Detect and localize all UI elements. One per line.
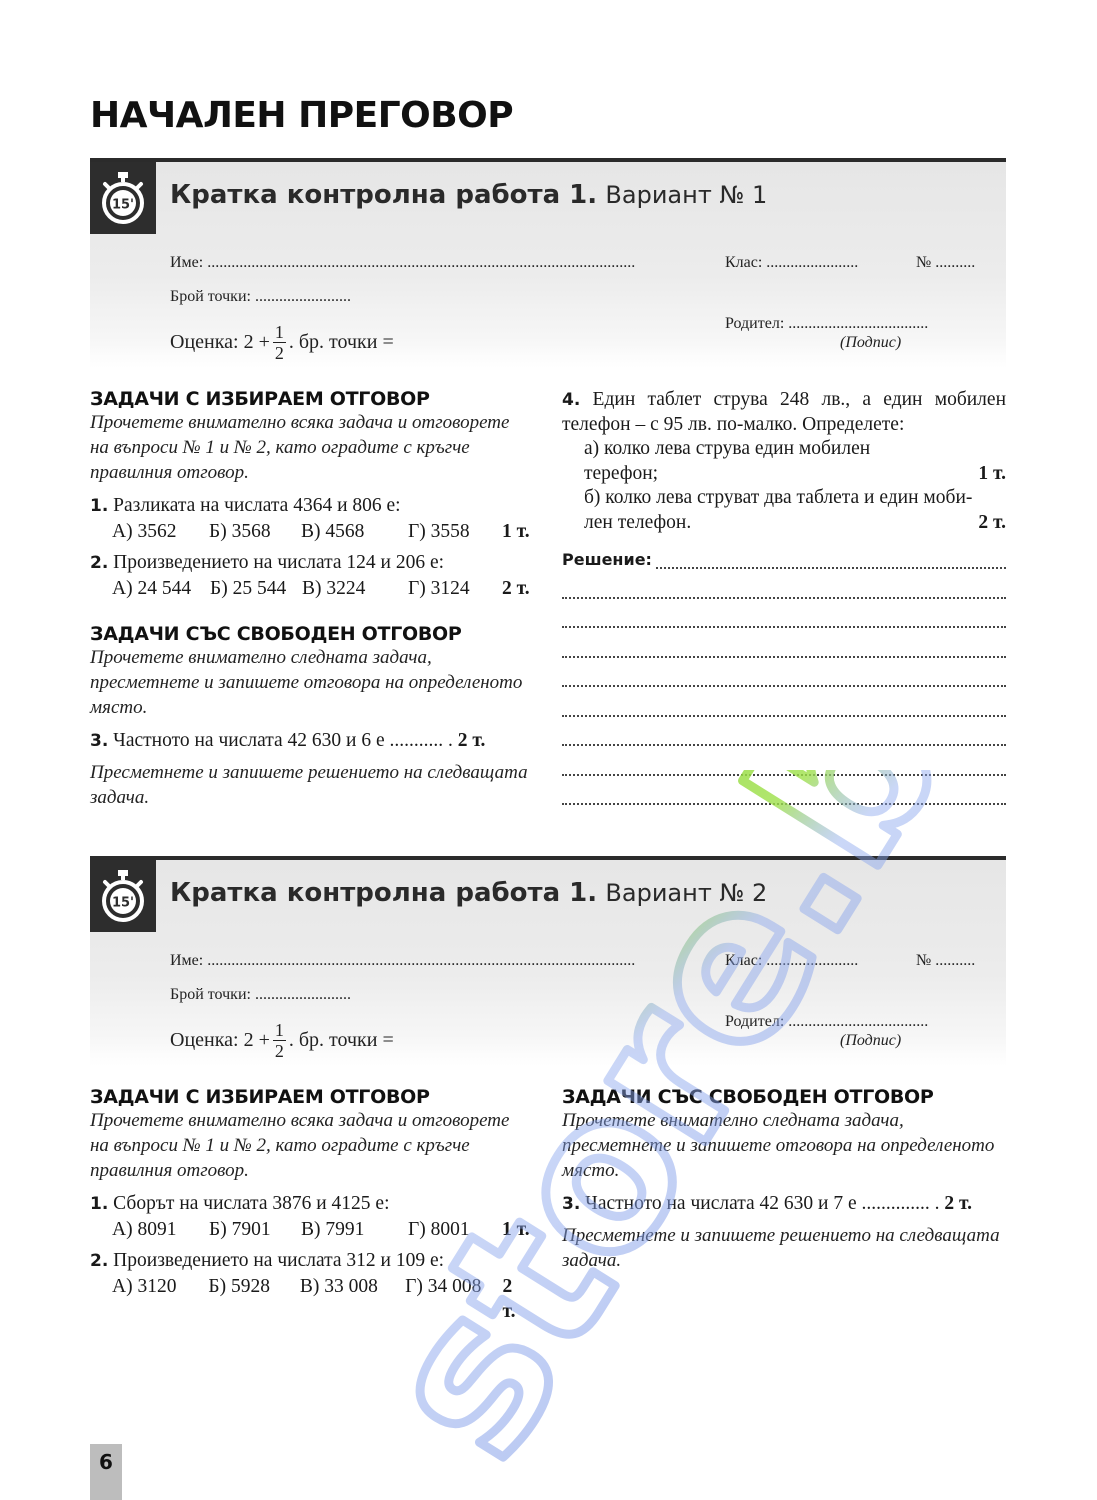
option-v[interactable]: В) 33 008 — [300, 1274, 405, 1324]
instructions: Прочетете внимателно всяка задача и отго… — [90, 410, 530, 485]
points-badge: 1 т. — [978, 462, 1006, 487]
task-2-options: А) 24 544 Б) 25 544 В) 3224 Г) 3124 2 т. — [90, 576, 530, 601]
section-title-free-answer: ЗАДАЧИ СЪС СВОБОДЕН ОТГОВОР — [562, 1086, 1006, 1108]
solution-line[interactable] — [562, 599, 1006, 629]
right-column: ЗАДАЧИ СЪС СВОБОДЕН ОТГОВОР Прочетете вн… — [562, 1086, 1006, 1273]
points-field[interactable]: Брой точки: ........................ — [170, 288, 351, 306]
points-badge: 2 т. — [503, 1274, 530, 1324]
option-g[interactable]: Г) 3558 — [408, 519, 502, 544]
task-4: 4. Един таблет струва 248 лв., а един мо… — [562, 388, 1006, 437]
name-field[interactable]: Име: ...................................… — [170, 952, 635, 970]
solution-line[interactable] — [562, 746, 1006, 776]
points-field[interactable]: Брой точки: ........................ — [170, 986, 351, 1004]
option-v[interactable]: В) 7991 — [301, 1217, 408, 1242]
task-4b-line1: б) колко лева струват два таблета и един… — [562, 486, 1006, 511]
test-title: Кратка контролна работа 1. Вариант № 1 — [170, 180, 767, 210]
option-g[interactable]: Г) 3124 — [408, 576, 502, 601]
variant-label: Вариант № 1 — [605, 181, 767, 209]
points-badge: 2 т. — [502, 576, 530, 601]
page-heading: НАЧАЛЕН ПРЕГОВОР — [90, 95, 513, 136]
svg-text:15': 15' — [112, 896, 134, 911]
solution-line[interactable] — [562, 658, 1006, 688]
stopwatch-icon: 15' — [90, 860, 156, 932]
class-field[interactable]: Клас: ....................... — [725, 952, 858, 970]
points-badge: 2 т. — [978, 511, 1006, 536]
fraction: 1 2 — [273, 322, 286, 363]
timer-label: 15' — [112, 198, 134, 213]
fraction: 1 2 — [273, 1020, 286, 1061]
points-badge: 1 т. — [502, 519, 530, 544]
solution-line[interactable]: Решение: — [562, 539, 1006, 569]
left-column: ЗАДАЧИ С ИЗБИРАЕМ ОТГОВОР Прочетете вним… — [90, 1086, 530, 1324]
name-field[interactable]: Име: ...................................… — [170, 254, 635, 272]
option-v[interactable]: В) 3224 — [302, 576, 408, 601]
option-g[interactable]: Г) 8001 — [408, 1217, 502, 1242]
grade-formula: Оценка: 2 + 1 2 . бр. точки = — [170, 1020, 394, 1061]
solution-line[interactable] — [562, 628, 1006, 658]
right-column: 4. Един таблет струва 248 лв., а един мо… — [562, 388, 1006, 805]
grade-formula: Оценка: 2 + 1 2 . бр. точки = — [170, 322, 394, 363]
task-1: 1. Сборът на числата 3876 и 4125 е: — [90, 1191, 530, 1217]
parent-signature-field[interactable]: Родител: ...............................… — [725, 315, 928, 333]
page-number: 6 — [90, 1444, 122, 1500]
instructions: Прочетете внимателно всяка задача и отго… — [90, 1108, 530, 1183]
instructions-2: Пресметнете и запишете решението на след… — [90, 760, 530, 810]
task-2-options: А) 3120 Б) 5928 В) 33 008 Г) 34 008 2 т. — [90, 1274, 530, 1324]
option-b[interactable]: Б) 5928 — [208, 1274, 299, 1324]
option-a[interactable]: А) 3562 — [112, 519, 209, 544]
section-title-multiple-choice: ЗАДАЧИ С ИЗБИРАЕМ ОТГОВОР — [90, 388, 530, 410]
points-badge: 1 т. — [502, 1217, 530, 1242]
option-a[interactable]: А) 3120 — [112, 1274, 208, 1324]
section-title-multiple-choice: ЗАДАЧИ С ИЗБИРАЕМ ОТГОВОР — [90, 1086, 530, 1108]
test-variant-1: 15' Кратка контролна работа 1. Вариант №… — [90, 158, 1006, 368]
option-g[interactable]: Г) 34 008 — [405, 1274, 502, 1324]
task-3: 3. Частното на числата 42 630 и 6 е ....… — [90, 728, 530, 754]
option-b[interactable]: Б) 3568 — [209, 519, 301, 544]
solution-line[interactable] — [562, 569, 1006, 599]
signature-label: (Подпис) — [840, 1032, 901, 1050]
task-4a-line2: терефон; 1 т. — [562, 462, 1006, 487]
option-a[interactable]: А) 24 544 — [112, 576, 210, 601]
test-header-panel: 15' Кратка контролна работа 1. Вариант №… — [90, 158, 1006, 368]
section-title-free-answer: ЗАДАЧИ СЪС СВОБОДЕН ОТГОВОР — [90, 623, 530, 645]
test-header-panel: 15' Кратка контролна работа 1. Вариант №… — [90, 856, 1006, 1066]
left-column: ЗАДАЧИ С ИЗБИРАЕМ ОТГОВОР Прочетете вним… — [90, 388, 530, 810]
option-b[interactable]: Б) 25 544 — [210, 576, 302, 601]
class-field[interactable]: Клас: ....................... — [725, 254, 858, 272]
task-2: 2. Произведението на числата 124 и 206 е… — [90, 550, 530, 576]
task-1-options: А) 8091 Б) 7901 В) 7991 Г) 8001 1 т. — [90, 1217, 530, 1242]
number-field[interactable]: № .......... — [916, 952, 975, 970]
number-field[interactable]: № .......... — [916, 254, 975, 272]
solution-line[interactable] — [562, 687, 1006, 717]
solution-label: Решение: — [562, 550, 652, 569]
option-a[interactable]: А) 8091 — [112, 1217, 209, 1242]
test-title: Кратка контролна работа 1. Вариант № 2 — [170, 878, 767, 908]
instructions-2: Пресметнете и запишете решението на след… — [562, 1223, 1006, 1273]
task-4a-line1: а) колко лева струва един мобилен — [562, 437, 1006, 462]
solution-line[interactable] — [562, 717, 1006, 747]
task-3: 3. Частното на числата 42 630 и 7 е ....… — [562, 1191, 1006, 1217]
option-b[interactable]: Б) 7901 — [209, 1217, 301, 1242]
option-v[interactable]: В) 4568 — [301, 519, 408, 544]
task-1: 1. Разликата на числата 4364 и 806 е: — [90, 493, 530, 519]
solution-line[interactable] — [562, 776, 1006, 806]
test-variant-2: 15' Кратка контролна работа 1. Вариант №… — [90, 856, 1006, 1066]
task-1-options: А) 3562 Б) 3568 В) 4568 Г) 3558 1 т. — [90, 519, 530, 544]
parent-signature-field[interactable]: Родител: ...............................… — [725, 1013, 928, 1031]
instructions: Прочетете внимателно следната задача, пр… — [90, 645, 530, 720]
task-4b-line2: лен телефон. 2 т. — [562, 511, 1006, 536]
instructions: Прочетете внимателно следната задача, пр… — [562, 1108, 1006, 1183]
signature-label: (Подпис) — [840, 334, 901, 352]
stopwatch-icon: 15' — [90, 162, 156, 234]
variant-label: Вариант № 2 — [605, 879, 767, 907]
solution-area[interactable] — [562, 569, 1006, 805]
task-2: 2. Произведението на числата 312 и 109 е… — [90, 1248, 530, 1274]
